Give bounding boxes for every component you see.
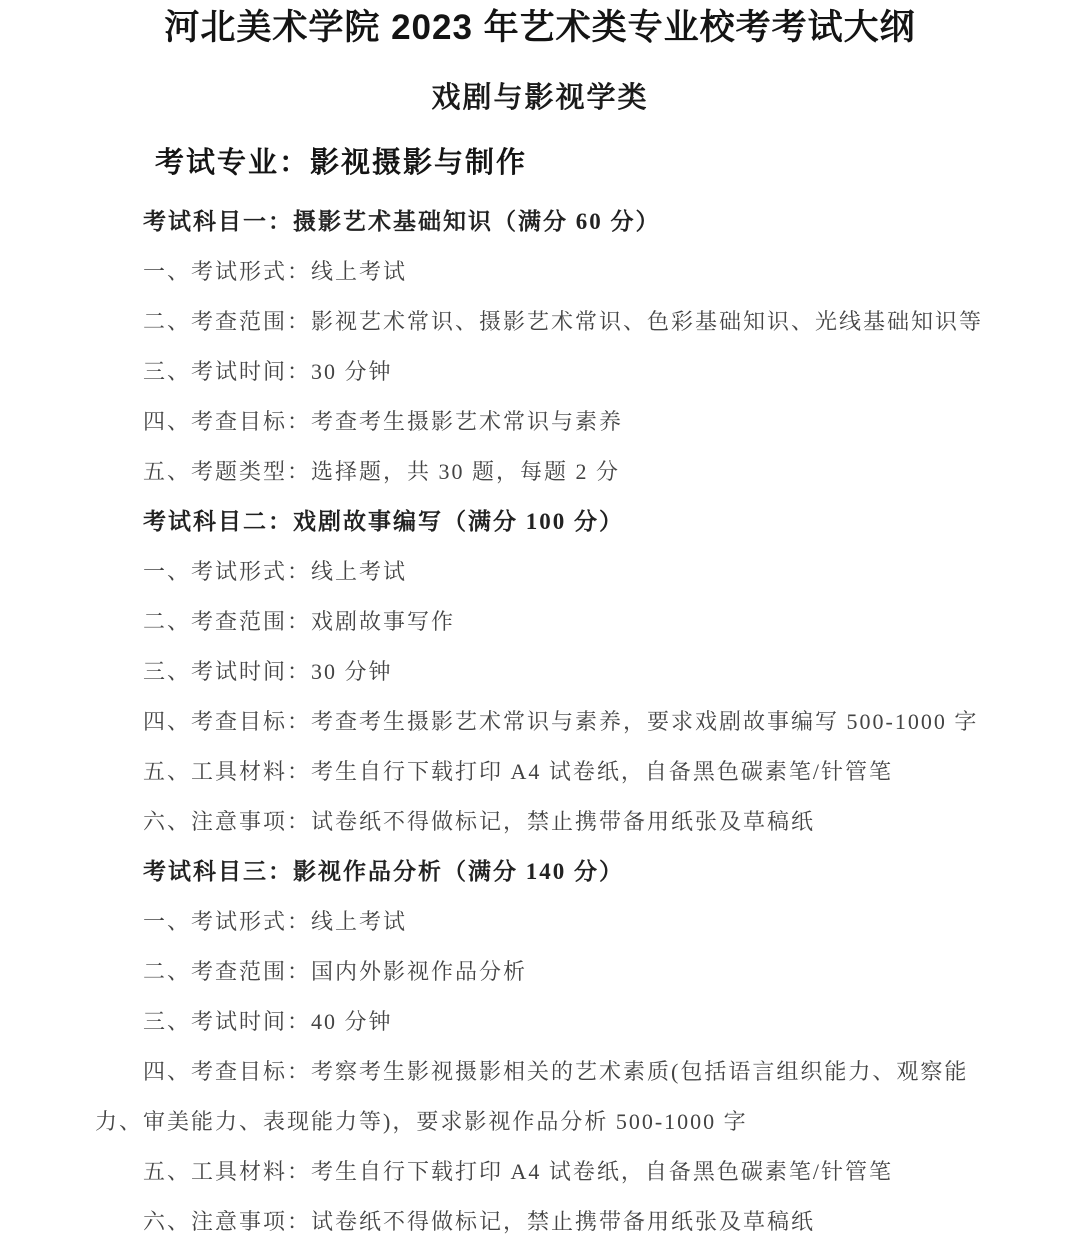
section-1-item-4: 四、考查目标：考查考生摄影艺术常识与素养 (95, 397, 987, 447)
section-2-item-2: 二、考查范围：戏剧故事写作 (95, 597, 987, 647)
document-page: 河北美术学院 2023 年艺术类专业校考考试大纲 戏剧与影视学类 考试专业：影视… (0, 0, 1080, 1248)
section-1-item-2: 二、考查范围：影视艺术常识、摄影艺术常识、色彩基础知识、光线基础知识等 (95, 297, 987, 347)
section-1-heading: 考试科目一：摄影艺术基础知识（满分 60 分） (95, 197, 987, 247)
section-2-item-3: 三、考试时间：30 分钟 (95, 647, 987, 697)
document-title: 河北美术学院 2023 年艺术类专业校考考试大纲 (0, 4, 1080, 52)
section-3-item-6: 六、注意事项：试卷纸不得做标记，禁止携带备用纸张及草稿纸 (95, 1197, 987, 1247)
section-1-item-3: 三、考试时间：30 分钟 (95, 347, 987, 397)
section-3-item-5: 五、工具材料：考生自行下载打印 A4 试卷纸，自备黑色碳素笔/针管笔 (95, 1147, 987, 1197)
section-1-item-1: 一、考试形式：线上考试 (95, 247, 987, 297)
section-2-item-1: 一、考试形式：线上考试 (95, 547, 987, 597)
document-subtitle: 戏剧与影视学类 (0, 76, 1080, 120)
section-2-item-6: 六、注意事项：试卷纸不得做标记，禁止携带备用纸张及草稿纸 (95, 797, 987, 847)
exam-major-heading: 考试专业：影视摄影与制作 (155, 141, 527, 185)
document-body: 考试科目一：摄影艺术基础知识（满分 60 分） 一、考试形式：线上考试 二、考查… (95, 197, 987, 1247)
section-3-item-1: 一、考试形式：线上考试 (95, 897, 987, 947)
section-2-heading: 考试科目二：戏剧故事编写（满分 100 分） (95, 497, 987, 547)
section-1-item-5: 五、考题类型：选择题，共 30 题，每题 2 分 (95, 447, 987, 497)
section-2-item-5: 五、工具材料：考生自行下载打印 A4 试卷纸，自备黑色碳素笔/针管笔 (95, 747, 987, 797)
section-2-item-4: 四、考查目标：考查考生摄影艺术常识与素养，要求戏剧故事编写 500-1000 字 (95, 697, 987, 747)
section-3-item-3: 三、考试时间：40 分钟 (95, 997, 987, 1047)
section-3-item-4: 四、考查目标：考察考生影视摄影相关的艺术素质(包括语言组织能力、观察能力、审美能… (95, 1047, 987, 1147)
section-3-heading: 考试科目三：影视作品分析（满分 140 分） (95, 847, 987, 897)
section-3-item-2: 二、考查范围：国内外影视作品分析 (95, 947, 987, 997)
